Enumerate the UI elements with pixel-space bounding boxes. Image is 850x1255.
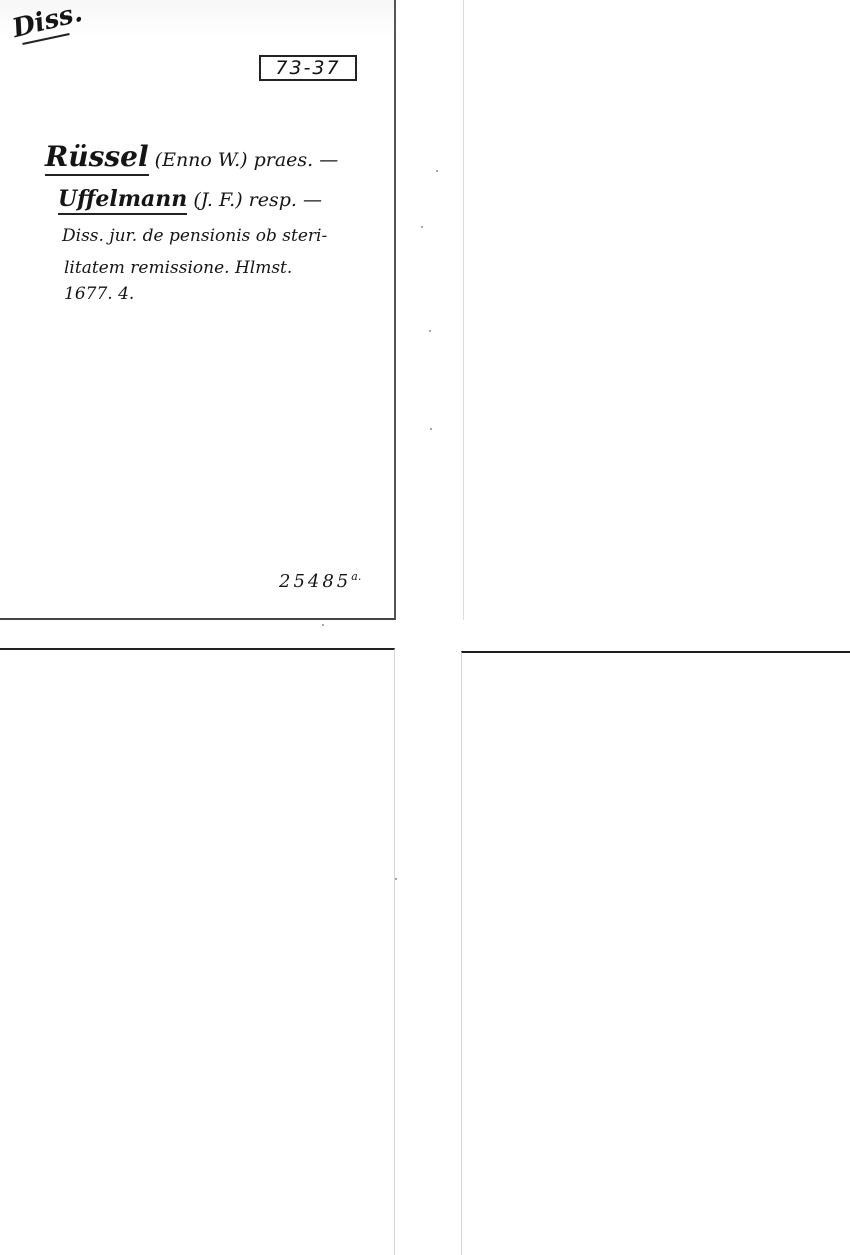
scan-speck: [421, 226, 423, 228]
title-line-3: 1677. 4.: [64, 284, 134, 304]
author-line: Rüssel (Enno W.) praes. —: [45, 140, 338, 173]
scan-speck: [430, 428, 432, 430]
author-surname: Rüssel: [45, 140, 149, 176]
respondent-line: Uffelmann (J. F.) resp. —: [58, 186, 322, 212]
title-line-1: Diss. jur. de pensionis ob steri-: [62, 226, 327, 246]
blank-card-bottom-right: [461, 651, 850, 1255]
shelf-mark-box: 73-37: [259, 55, 357, 81]
scan-speck: [322, 624, 324, 626]
blank-card-top-right: [463, 0, 850, 620]
blank-card-bottom-left: [0, 648, 395, 1255]
scan-speck: [395, 878, 397, 880]
author-given: (Enno W.) praes. —: [155, 149, 339, 171]
shelf-mark: 73-37: [275, 57, 340, 79]
respondent-surname: Uffelmann: [58, 186, 187, 215]
scan-speck: [429, 330, 431, 332]
accession-number: 25485a.: [279, 570, 361, 592]
accession-suffix: a.: [351, 570, 361, 583]
catalog-card-main: Diss. 73-37 Rüssel (Enno W.) praes. — Uf…: [0, 0, 396, 620]
title-line-2: litatem remissione. Hlmst.: [64, 258, 292, 278]
scan-speck: [436, 170, 438, 172]
accession-digits: 25485: [279, 571, 351, 592]
respondent-given: (J. F.) resp. —: [193, 189, 322, 211]
